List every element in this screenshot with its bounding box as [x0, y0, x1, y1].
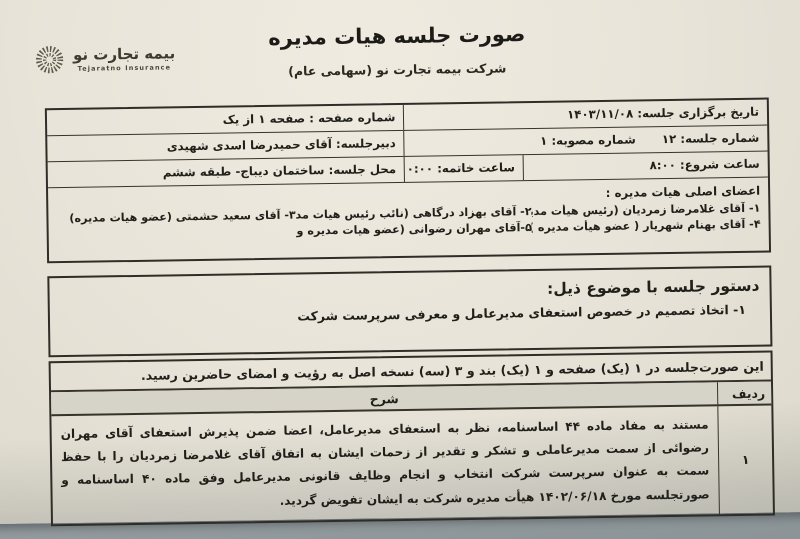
column-header-row-number: ردیف — [717, 382, 771, 405]
members-list: ۱- آقای غلامرضا زمردیان (رئیس هیأت مدیره… — [56, 202, 760, 241]
resolution-description: مستند به مفاد ماده ۴۴ اساسنامه، نظر به ا… — [51, 406, 719, 524]
member-item: ۲- آقای بهزاد درگاهی (نائب رئیس هیات مدی… — [296, 205, 532, 221]
page-number: شماره صفحه : صفحه ۱ از یک — [47, 105, 404, 135]
resolution-number: شماره مصوبه: ۱ — [540, 133, 636, 148]
document-content: بیمه تجارت نو Tejaratno Insurance صورت ج… — [0, 0, 800, 524]
agenda-box: دستور جلسه با موضوع ذیل: ۱- اتخاذ تصمیم … — [47, 266, 772, 358]
board-members-section: اعضای اصلی هیات مدیره : ۱- آقای غلامرضا … — [48, 178, 769, 262]
meeting-number: شماره جلسه: ۱۲ — [662, 131, 760, 146]
meeting-secretary: دبیرجلسه: آقای حمیدرضا اسدی شهیدی — [47, 131, 404, 161]
resolution-table: این صورت‌جلسه در ۱ (یک) صفحه و ۱ (یک) بن… — [49, 350, 775, 526]
paper-sheet: بیمه تجارت نو Tejaratno Insurance صورت ج… — [0, 0, 800, 524]
document-photo: بیمه تجارت نو Tejaratno Insurance صورت ج… — [0, 0, 800, 539]
resolution-row-number: ۱ — [717, 406, 773, 515]
resolution-row: ۱ مستند به مفاد ماده ۴۴ اساسنامه، نظر به… — [51, 406, 773, 525]
meeting-info-table: تاریخ برگزاری جلسه: ۱۴۰۳/۱۱/۰۸ شماره صفح… — [45, 98, 771, 264]
page-subtitle: شرکت بیمه تجارت نو (سهامی عام) — [87, 57, 707, 81]
end-time: ساعت خاتمه: ۱۰:۰۰ — [404, 155, 523, 182]
tejaratno-emblem-icon — [33, 43, 66, 76]
meeting-location: محل جلسه: ساختمان دیباج- طبقه ششم — [48, 157, 405, 187]
member-item: ۴- آقای بهنام شهریار ( عضو هیأت مدیره ) — [532, 218, 761, 234]
agenda-item-1: ۱- اتخاذ تصمیم در خصوص استعفای مدیرعامل … — [60, 302, 760, 327]
member-item: ۳- آقای سعید حشمتی (عضو هیات مدیره) — [56, 209, 296, 226]
start-time: ساعت شروع: ۸:۰۰ — [523, 152, 768, 181]
page-title: صورت جلسه هیات مدیره — [87, 19, 707, 52]
member-item: ۵-آقای مهران رضوانی (عضو هیات مدیره و مد… — [296, 221, 532, 237]
agenda-heading: دستور جلسه با موضوع ذیل: — [59, 277, 759, 305]
member-item: ۱- آقای غلامرضا زمردیان (رئیس هیأت مدیره… — [532, 202, 761, 218]
